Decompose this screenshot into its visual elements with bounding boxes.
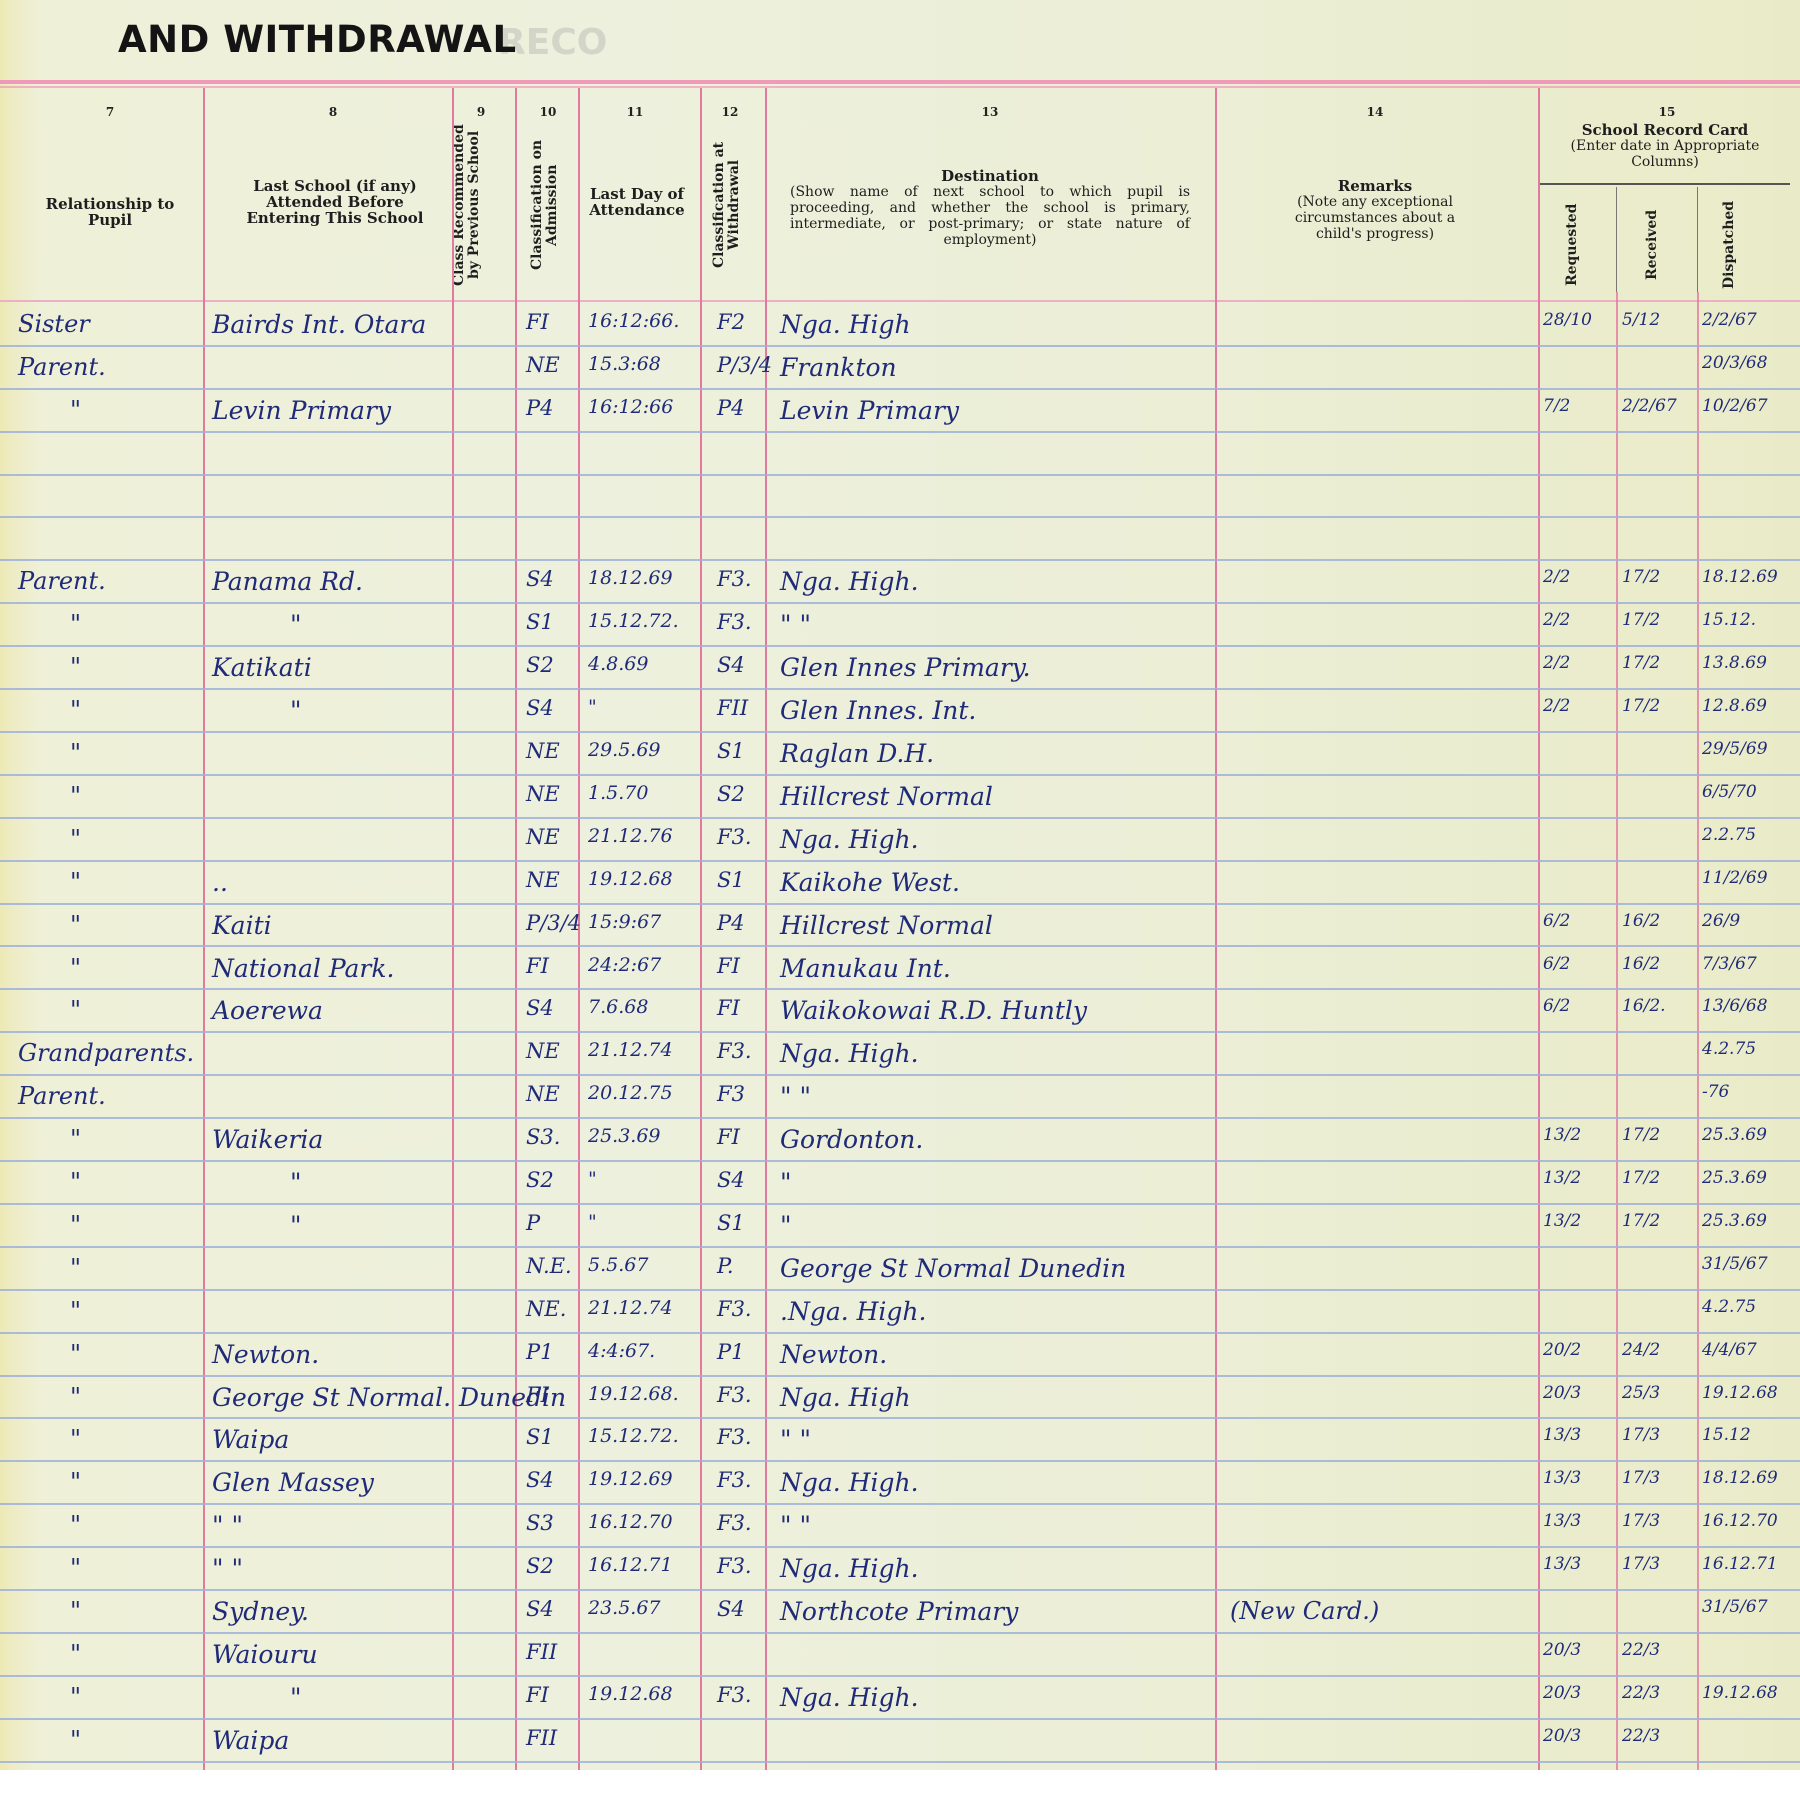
destination-cell: Manukau Int. [780,954,951,983]
class-withdrawal-cell: S2 [717,782,745,806]
ruled-line [0,559,1800,561]
class-withdrawal-cell: FI [717,954,740,978]
column-rule [700,88,702,1770]
class-admission-cell: NE [526,825,560,849]
last-school-cell: National Park. [212,954,394,983]
card-received-cell: 17/3 [1622,1468,1660,1488]
relationship-cell: " [70,1554,81,1582]
relationship-cell: " [70,868,81,896]
destination-cell: Nga. High. [780,567,919,596]
destination-cell: " [780,1168,792,1197]
card-received-cell: 17/2 [1622,610,1660,630]
card-received-cell: 22/3 [1622,1726,1660,1746]
ruled-line [0,774,1800,776]
last-day-cell: 19.12.69 [588,1468,673,1490]
last-day-cell: 23.5.67 [588,1597,661,1619]
col13-header: Destination (Show name of next school to… [790,168,1190,248]
relationship-cell: " [70,1211,81,1239]
destination-cell: Hillcrest Normal [780,782,993,811]
card-requested-cell: 13/3 [1543,1468,1581,1488]
destination-cell: Newton. [780,1340,887,1369]
destination-cell: Raglan D.H. [780,739,934,768]
class-admission-cell: FI [526,310,549,334]
header-top-rule-2 [0,86,1800,88]
class-withdrawal-cell: S4 [717,1168,745,1192]
card-requested-cell: 20/3 [1543,1640,1581,1660]
col15-number: 15 [1652,105,1682,119]
destination-cell: Nga. High [780,1383,911,1412]
last-day-cell: " [588,696,597,718]
card-requested-cell: 13/2 [1543,1211,1581,1231]
class-withdrawal-cell: F3. [717,1554,752,1578]
col8-number: 8 [313,105,353,119]
relationship-cell: " [70,996,81,1024]
col10-number: 10 [533,105,563,119]
class-admission-cell: NE [526,868,560,892]
class-withdrawal-cell: S1 [717,1211,745,1235]
ruled-line [0,1417,1800,1419]
class-admission-cell: S4 [526,1468,554,1492]
class-withdrawal-cell: FI [717,996,740,1020]
card-received-cell: 25/3 [1622,1383,1660,1403]
card-received-cell: 17/3 [1622,1511,1660,1531]
last-school-cell: Bairds Int. Otara [212,310,426,339]
class-admission-cell: P [526,1211,540,1235]
card-requested-cell: 20/3 [1543,1726,1581,1746]
class-withdrawal-cell: F3. [717,610,752,634]
card-received-cell: 22/3 [1622,1640,1660,1660]
destination-cell: George St Normal Dunedin [780,1254,1126,1283]
relationship-cell: " [70,1468,81,1496]
relationship-cell: " [70,1683,81,1711]
card-received-cell: 2/2/67 [1622,396,1677,416]
last-day-cell: 20.12.75 [588,1082,673,1104]
class-withdrawal-cell: S4 [717,653,745,677]
class-withdrawal-cell: P/3/4 [717,353,772,377]
card-dispatched-cell: 15.12 [1702,1425,1751,1445]
class-withdrawal-cell: F3. [717,1383,752,1407]
last-school-cell: Glen Massey [212,1468,374,1497]
class-withdrawal-cell: FII [717,696,748,720]
card-received-cell: 17/3 [1622,1554,1660,1574]
relationship-cell: " [70,739,81,767]
last-day-cell: " [588,1211,597,1233]
card-requested-cell: 13/3 [1543,1425,1581,1445]
last-day-cell: 19.12.68 [588,1683,673,1705]
ruled-line [0,602,1800,604]
class-withdrawal-cell: F2 [717,310,745,334]
class-admission-cell: P1 [526,1340,554,1364]
col8-header: Last School (if any) Attended Before Ent… [240,178,430,226]
destination-cell: " " [780,1511,811,1540]
last-school-cell: " [290,1211,302,1240]
col15-dispatched-header: Dispatched [1722,195,1746,295]
card-dispatched-cell: 13.8.69 [1702,653,1767,673]
class-withdrawal-cell: F3. [717,825,752,849]
class-admission-cell: N.E. [526,1254,572,1278]
class-withdrawal-cell: F3 [717,1082,745,1106]
destination-cell: Northcote Primary [780,1597,1018,1626]
card-requested-cell: 20/3 [1543,1683,1581,1703]
last-day-cell: 19.12.68. [588,1383,679,1405]
class-admission-cell: S4 [526,567,554,591]
last-day-cell: 7.6.68 [588,996,648,1018]
class-admission-cell: S2 [526,1554,554,1578]
card-received-cell: 17/2 [1622,1125,1660,1145]
card-requested-cell: 2/2 [1543,696,1570,716]
relationship-cell: " [70,696,81,724]
card-requested-cell: 2/2 [1543,653,1570,673]
class-admission-cell: NE [526,1082,560,1106]
last-day-cell: 16:12:66. [588,310,679,332]
col14-title: Remarks [1270,178,1480,194]
remarks-cell: (New Card.) [1230,1597,1379,1625]
last-school-cell: Katikati [212,653,312,682]
destination-cell: .Nga. High. [780,1297,926,1326]
relationship-cell: Parent. [18,1082,106,1110]
last-school-cell: " [290,1683,302,1712]
relationship-cell: " [70,610,81,638]
last-school-cell: Waiouru [212,1640,318,1669]
destination-cell: Nga. High [780,310,911,339]
card-dispatched-cell: 25.3.69 [1702,1125,1767,1145]
last-school-cell: Panama Rd. [212,567,363,596]
last-school-cell: Waikeria [212,1125,323,1154]
class-admission-cell: S4 [526,996,554,1020]
column-rule [515,88,517,1770]
class-withdrawal-cell: F3. [717,1039,752,1063]
destination-cell: Nga. High. [780,825,919,854]
card-requested-cell: 2/2 [1543,567,1570,587]
last-school-cell: " " [212,1511,243,1540]
card-dispatched-cell: 11/2/69 [1702,868,1768,888]
ruled-line [0,1160,1800,1162]
class-admission-cell: FI [526,954,549,978]
destination-cell: Nga. High. [780,1554,919,1583]
relationship-cell: " [70,1726,81,1754]
last-school-cell: Levin Primary [212,396,391,425]
class-admission-cell: NE. [526,1297,566,1321]
ruled-line [0,817,1800,819]
card-requested-cell: 6/2 [1543,911,1570,931]
ruled-line [0,1203,1800,1205]
last-day-cell: 16.12.70 [588,1511,673,1533]
last-school-cell: .. [212,868,228,897]
destination-cell: " " [780,1082,811,1111]
destination-cell: Hillcrest Normal [780,911,993,940]
last-school-cell: Aoerewa [212,996,323,1025]
card-requested-cell: 6/2 [1543,954,1570,974]
col15-note: (Enter date in Appropriate Columns) [1545,138,1785,170]
card-dispatched-cell: 18.12.69 [1702,1468,1778,1488]
class-withdrawal-cell: S1 [717,868,745,892]
ruled-line [0,1761,1800,1763]
ruled-line [0,903,1800,905]
destination-cell: Levin Primary [780,396,959,425]
card-received-cell: 24/2 [1622,1340,1660,1360]
ruled-line [0,1503,1800,1505]
class-admission-cell: S3 [526,1511,554,1535]
ruled-line [0,1546,1800,1548]
class-admission-cell: NE [526,782,560,806]
card-dispatched-cell: 10/2/67 [1702,396,1768,416]
col15-title: School Record Card [1545,122,1785,138]
relationship-cell: " [70,1511,81,1539]
class-admission-cell: NE [526,353,560,377]
last-school-cell: George St Normal. Dunedin [212,1383,566,1412]
class-withdrawal-cell: F3. [717,1683,752,1707]
card-dispatched-cell: 16.12.71 [1702,1554,1778,1574]
relationship-cell: Sister [18,310,90,338]
col15-subrule-2 [1697,187,1698,292]
card-received-cell: 17/2 [1622,1211,1660,1231]
ruled-line [0,945,1800,947]
card-received-cell: 16/2. [1622,996,1666,1016]
destination-cell: " " [780,610,811,639]
class-admission-cell: S1 [526,1425,554,1449]
card-dispatched-cell: 19.12.68 [1702,1383,1778,1403]
last-school-cell: " " [212,1554,243,1583]
card-dispatched-cell: 25.3.69 [1702,1211,1767,1231]
last-day-cell: 21.12.76 [588,825,673,847]
card-dispatched-cell: 13/6/68 [1702,996,1768,1016]
card-dispatched-cell: 20/3/68 [1702,353,1768,373]
card-requested-cell: 13/3 [1543,1554,1581,1574]
last-school-cell: Waipa [212,1425,289,1454]
destination-cell: Frankton [780,353,897,382]
ruled-line [0,516,1800,518]
ruled-line [0,1031,1800,1033]
last-day-cell: 16:12:66 [588,396,673,418]
ruled-line [0,431,1800,433]
column-rule [203,88,205,1770]
last-day-cell: 15.12.72. [588,610,679,632]
class-admission-cell: S2 [526,653,554,677]
relationship-cell: " [70,1383,81,1411]
relationship-cell: " [70,1340,81,1368]
class-withdrawal-cell: S4 [717,1597,745,1621]
card-dispatched-cell: 25.3.69 [1702,1168,1767,1188]
class-admission-cell: FII [526,1726,557,1750]
last-day-cell: 21.12.74 [588,1039,673,1061]
ruled-line [0,388,1800,390]
page-title: AND WITHDRAWAL [118,18,517,61]
card-received-cell: 22/3 [1622,1683,1660,1703]
last-school-cell: Newton. [212,1340,319,1369]
col9-header: Class Recommended by Previous School [452,120,486,290]
class-withdrawal-cell: F3. [717,1511,752,1535]
card-requested-cell: 13/2 [1543,1125,1581,1145]
class-withdrawal-cell: F3. [717,567,752,591]
card-received-cell: 17/2 [1622,696,1660,716]
card-dispatched-cell: 31/5/67 [1702,1597,1768,1617]
col10-header: Classification on Admission [530,125,564,285]
class-withdrawal-cell: FI [717,1125,740,1149]
col13-note: (Show name of next school to which pupil… [790,184,1190,248]
last-school-cell: " [290,610,302,639]
header-bottom-rule [0,300,1800,302]
card-dispatched-cell: 16.12.70 [1702,1511,1778,1531]
relationship-cell: " [70,911,81,939]
class-admission-cell: S3. [526,1125,560,1149]
col11-number: 11 [620,105,650,119]
relationship-cell: " [70,1640,81,1668]
card-dispatched-cell: -76 [1702,1082,1729,1102]
relationship-cell: Parent. [18,567,106,595]
card-requested-cell: 7/2 [1543,396,1570,416]
last-day-cell: 5.5.67 [588,1254,648,1276]
card-received-cell: 17/2 [1622,653,1660,673]
card-requested-cell: 2/2 [1543,610,1570,630]
last-school-cell: Sydney. [212,1597,309,1626]
last-school-cell: Waipa [212,1726,289,1755]
ruled-line [0,1632,1800,1634]
card-dispatched-cell: 2/2/67 [1702,310,1757,330]
relationship-cell: " [70,1425,81,1453]
last-day-cell: 1.5.70 [588,782,648,804]
col14-number: 14 [1360,105,1390,119]
class-admission-cell: NE [526,1039,560,1063]
ruled-line [0,688,1800,690]
last-day-cell: 29.5.69 [588,739,661,761]
card-dispatched-cell: 18.12.69 [1702,567,1778,587]
col15-received-header: Received [1645,195,1669,295]
relationship-cell: " [70,1597,81,1625]
class-admission-cell: S4 [526,696,554,720]
card-received-cell: 17/3 [1622,1425,1660,1445]
last-day-cell: 4.8.69 [588,653,648,675]
col13-title: Destination [790,168,1190,184]
destination-cell: Kaikohe West. [780,868,960,897]
class-withdrawal-cell: P4 [717,911,745,935]
card-dispatched-cell: 6/5/70 [1702,782,1757,802]
ruled-line [0,1246,1800,1248]
col15-divider [1540,183,1790,185]
card-dispatched-cell: 4/4/67 [1702,1340,1757,1360]
relationship-cell: " [70,1125,81,1153]
last-day-cell: 15:9:67 [588,911,661,933]
last-day-cell: 18.12.69 [588,567,673,589]
destination-cell: Waikokowai R.D. Huntly [780,996,1087,1025]
col14-note: (Note any exceptional circumstances abou… [1270,194,1480,242]
last-day-cell: " [588,1168,597,1190]
card-dispatched-cell: 15.12. [1702,610,1756,630]
card-dispatched-cell: 7/3/67 [1702,954,1757,974]
ruled-line [0,1074,1800,1076]
destination-cell: Glen Innes. Int. [780,696,976,725]
relationship-cell: Parent. [18,353,106,381]
card-received-cell: 16/2 [1622,911,1660,931]
card-requested-cell: 6/2 [1543,996,1570,1016]
relationship-cell: " [70,825,81,853]
relationship-cell: " [70,782,81,810]
class-withdrawal-cell: S1 [717,739,745,763]
last-day-cell: 24:2:67 [588,954,661,976]
card-dispatched-cell: 19.12.68 [1702,1683,1778,1703]
class-withdrawal-cell: P1 [717,1340,745,1364]
card-dispatched-cell: 26/9 [1702,911,1740,931]
column-rule [1215,88,1217,1770]
ruled-line [0,860,1800,862]
card-requested-cell: 13/2 [1543,1168,1581,1188]
card-received-cell: 16/2 [1622,954,1660,974]
ledger-page: RECO AND WITHDRAWAL 7 Relationship to Pu… [0,0,1800,1770]
col14-header: Remarks (Note any exceptional circumstan… [1270,178,1480,242]
column-rule [452,88,454,1770]
last-day-cell: 15.3:68 [588,353,661,375]
card-dispatched-cell: 2.2.75 [1702,825,1756,845]
card-received-cell: 17/2 [1622,1168,1660,1188]
ruled-line [0,1589,1800,1591]
class-admission-cell: FI [526,1683,549,1707]
col12-number: 12 [715,105,745,119]
ruled-line [0,645,1800,647]
last-day-cell: 16.12.71 [588,1554,673,1576]
destination-cell: Nga. High. [780,1039,919,1068]
col11-header: Last Day of Attendance [582,186,692,218]
card-received-cell: 5/12 [1622,310,1660,330]
card-requested-cell: 20/2 [1543,1340,1581,1360]
header-top-rule [0,80,1800,84]
destination-cell: Nga. High. [780,1683,919,1712]
last-day-cell: 21.12.74 [588,1297,673,1319]
card-dispatched-cell: 12.8.69 [1702,696,1767,716]
ruled-line [0,1375,1800,1377]
last-day-cell: 15.12.72. [588,1425,679,1447]
relationship-cell: " [70,954,81,982]
relationship-cell: " [70,1168,81,1196]
col15-header: School Record Card (Enter date in Approp… [1545,122,1785,170]
class-admission-cell: P/3/4 [526,911,581,935]
last-day-cell: 19.12.68 [588,868,673,890]
class-withdrawal-cell: F3. [717,1425,752,1449]
relationship-cell: Grandparents. [18,1039,194,1067]
class-admission-cell: S2 [526,1168,554,1192]
card-dispatched-cell: 4.2.75 [1702,1039,1756,1059]
card-dispatched-cell: 29/5/69 [1702,739,1768,759]
ruled-line [0,474,1800,476]
destination-cell: " " [780,1425,811,1454]
ruled-line [0,1289,1800,1291]
last-school-cell: " [290,1168,302,1197]
last-day-cell: 25.3.69 [588,1125,661,1147]
last-school-cell: Kaiti [212,911,272,940]
destination-cell: Nga. High. [780,1468,919,1497]
ruled-line [0,345,1800,347]
card-dispatched-cell: 4.2.75 [1702,1297,1756,1317]
ruled-line [0,1718,1800,1720]
class-withdrawal-cell: P4 [717,396,745,420]
ruled-line [0,1675,1800,1677]
class-admission-cell: NE [526,739,560,763]
col9-number: 9 [466,105,496,119]
col7-number: 7 [90,105,130,119]
col12-header: Classification at Withdrawal [712,125,746,285]
class-admission-cell: S1 [526,610,554,634]
class-admission-cell: P4 [526,396,554,420]
ruled-line [0,988,1800,990]
col7-header: Relationship to Pupil [40,196,180,228]
class-withdrawal-cell: F3. [717,1468,752,1492]
class-admission-cell: S4 [526,1597,554,1621]
ruled-line [0,1332,1800,1334]
destination-cell: " [780,1211,792,1240]
card-requested-cell: 28/10 [1543,310,1592,330]
ruled-line [0,1460,1800,1462]
relationship-cell: " [70,1297,81,1325]
col15-subrule-1 [1616,187,1617,292]
column-rule [1538,88,1540,1770]
